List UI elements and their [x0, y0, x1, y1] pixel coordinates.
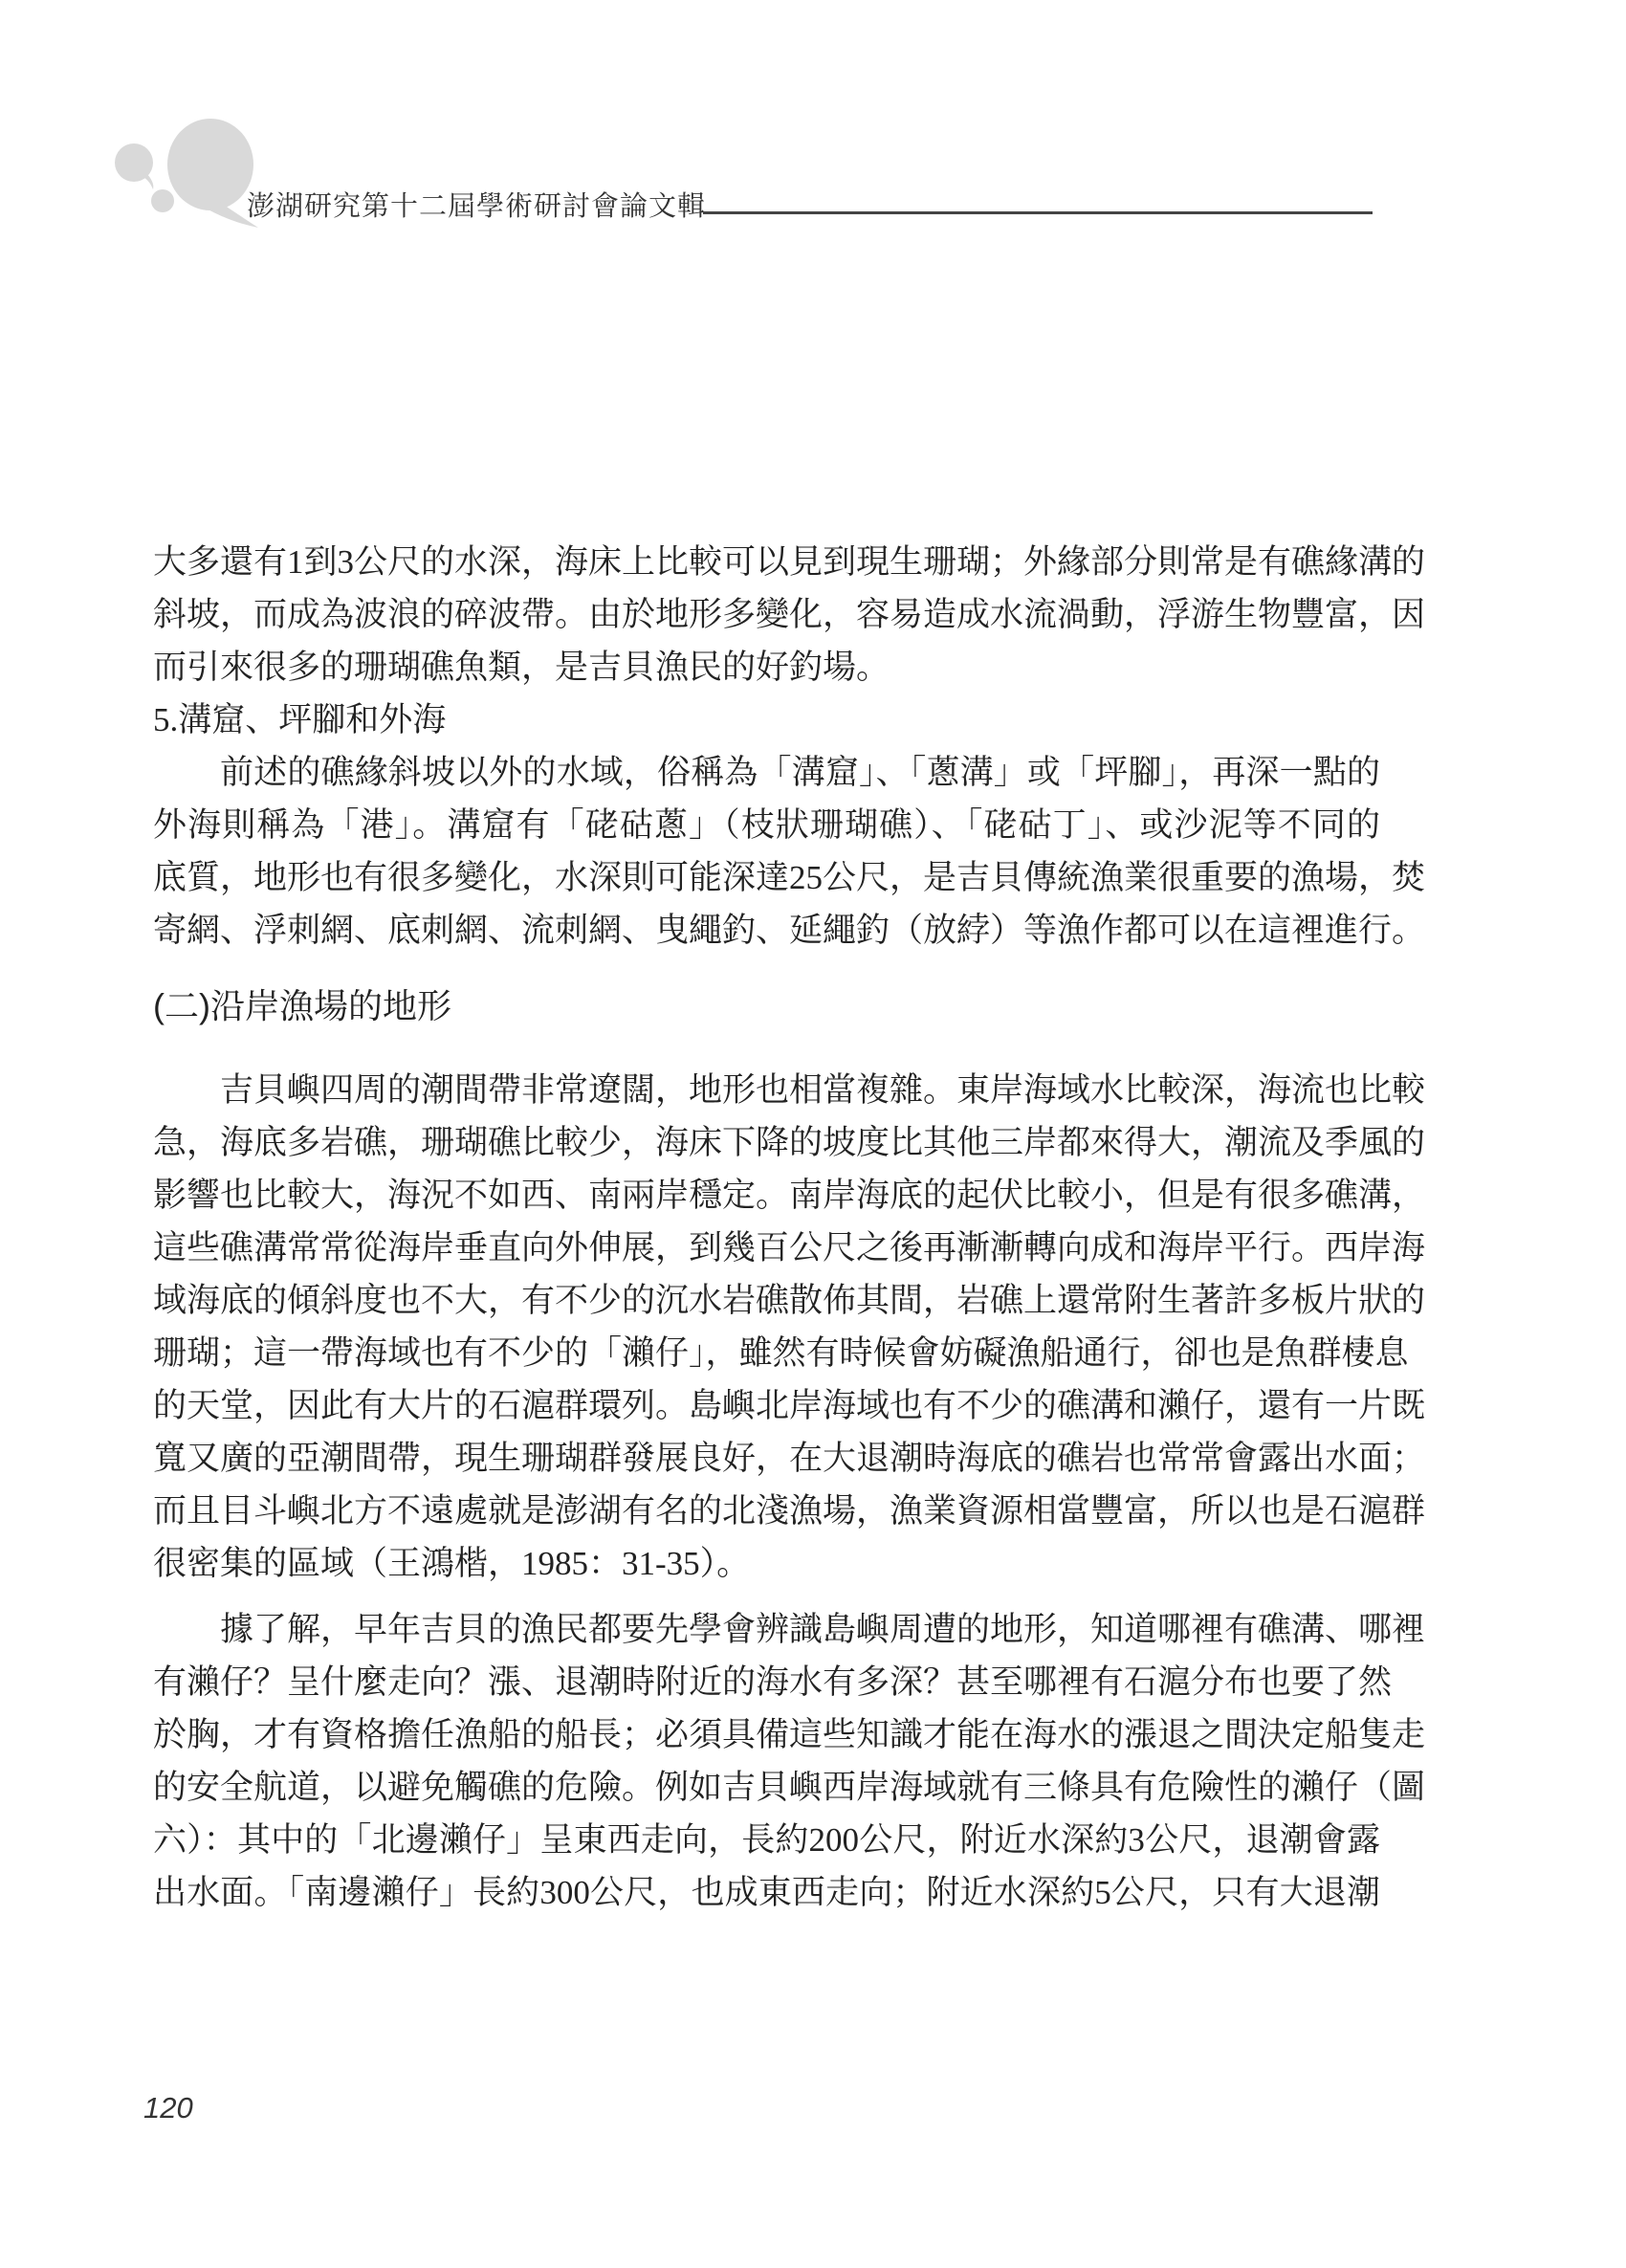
subheading-5: 5.溝窟、坪腳和外海	[153, 694, 1380, 746]
text-line: 而且目斗嶼北方不遠處就是澎湖有名的北淺漁場，漁業資源相當豐富，所以也是石滬群	[153, 1485, 1380, 1537]
page-number: 120	[143, 2091, 193, 2125]
text-line: 急，海底多岩礁，珊瑚礁比較少，海床下降的坡度比其他三岸都來得大，潮流及季風的	[153, 1116, 1380, 1169]
paragraph-navigation-knowledge: 據了解，早年吉貝的漁民都要先學會辨識島嶼周遭的地形，知道哪裡有礁溝、哪裡 有瀨仔…	[153, 1603, 1380, 1919]
text-line: 而引來很多的珊瑚礁魚類，是吉貝漁民的好釣場。	[153, 641, 1380, 694]
text-line: 於胸，才有資格擔任漁船的船長；必須具備這些知識才能在海水的漲退之間決定船隻走	[153, 1708, 1380, 1761]
text-line: 寬又廣的亞潮間帶，現生珊瑚群發展良好，在大退潮時海底的礁岩也常常會露出水面；	[153, 1432, 1380, 1485]
text-line: 前述的礁緣斜坡以外的水域，俗稱為「溝窟」、「蔥溝」或「坪腳」，再深一點的	[153, 746, 1380, 799]
text-line: 域海底的傾斜度也不大，有不少的沉水岩礁散佈其間，岩礁上還常附生著許多板片狀的	[153, 1274, 1380, 1327]
text-line: 的天堂，因此有大片的石滬群環列。島嶼北岸海域也有不少的礁溝和瀨仔，還有一片既	[153, 1379, 1380, 1432]
page-body: 大多還有1到3公尺的水深，海床上比較可以見到現生珊瑚；外緣部分則常是有礁緣溝的 …	[153, 536, 1380, 1919]
text-line: 斜坡，而成為波浪的碎波帶。由於地形多變化，容易造成水流渦動，浮游生物豐富，因	[153, 588, 1380, 641]
paragraph-coastal-terrain: 吉貝嶼四周的潮間帶非常遼闊，地形也相當複雜。東岸海域水比較深，海流也比較 急，海…	[153, 1064, 1380, 1590]
text-line: 據了解，早年吉貝的漁民都要先學會辨識島嶼周遭的地形，知道哪裡有礁溝、哪裡	[153, 1603, 1380, 1656]
running-header-title: 澎湖研究第十二屆學術研討會論文輯	[247, 187, 706, 226]
header-rule	[703, 211, 1373, 214]
text-line: 寄網、浮刺網、底刺網、流刺網、曳繩釣、延繩釣（放綍）等漁作都可以在這裡進行。	[153, 904, 1380, 957]
paragraph-continuation: 大多還有1到3公尺的水深，海床上比較可以見到現生珊瑚；外緣部分則常是有礁緣溝的 …	[153, 536, 1380, 694]
text-line: 大多還有1到3公尺的水深，海床上比較可以見到現生珊瑚；外緣部分則常是有礁緣溝的	[153, 536, 1380, 588]
text-line: 六）：其中的「北邊瀨仔」呈東西走向，長約200公尺，附近水深約3公尺，退潮會露	[153, 1814, 1380, 1866]
text-line: 珊瑚；這一帶海域也有不少的「瀨仔」，雖然有時候會妨礙漁船通行，卻也是魚群棲息	[153, 1327, 1380, 1379]
section-heading: (二)沿岸漁場的地形	[153, 978, 1380, 1035]
text-line: 外海則稱為「港」。溝窟有「硓𥑮蔥」（枝狀珊瑚礁）、「硓𥑮丁」、或沙泥等不同的	[153, 799, 1380, 851]
text-line: 底質，地形也有很多變化，水深則可能深達25公尺，是吉貝傳統漁業很重要的漁場，焚	[153, 851, 1380, 904]
paragraph-outer-sea: 前述的礁緣斜坡以外的水域，俗稱為「溝窟」、「蔥溝」或「坪腳」，再深一點的 外海則…	[153, 746, 1380, 957]
text-line: 影響也比較大，海況不如西、南兩岸穩定。南岸海底的起伏比較小，但是有很多礁溝，	[153, 1169, 1380, 1222]
text-line: 有瀨仔？呈什麼走向？漲、退潮時附近的海水有多深？甚至哪裡有石滬分布也要了然	[153, 1656, 1380, 1708]
paragraph-gap	[153, 1590, 1380, 1603]
text-line: 出水面。「南邊瀨仔」長約300公尺，也成東西走向；附近水深約5公尺，只有大退潮	[153, 1866, 1380, 1919]
text-line: 的安全航道，以避免觸礁的危險。例如吉貝嶼西岸海域就有三條具有危險性的瀨仔（圖	[153, 1761, 1380, 1814]
text-line: 很密集的區域（王鴻楷，1985：31-35）。	[153, 1537, 1380, 1590]
text-line: 這些礁溝常常從海岸垂直向外伸展，到幾百公尺之後再漸漸轉向成和海岸平行。西岸海	[153, 1222, 1380, 1274]
text-line: 吉貝嶼四周的潮間帶非常遼闊，地形也相當複雜。東岸海域水比較深，海流也比較	[153, 1064, 1380, 1116]
